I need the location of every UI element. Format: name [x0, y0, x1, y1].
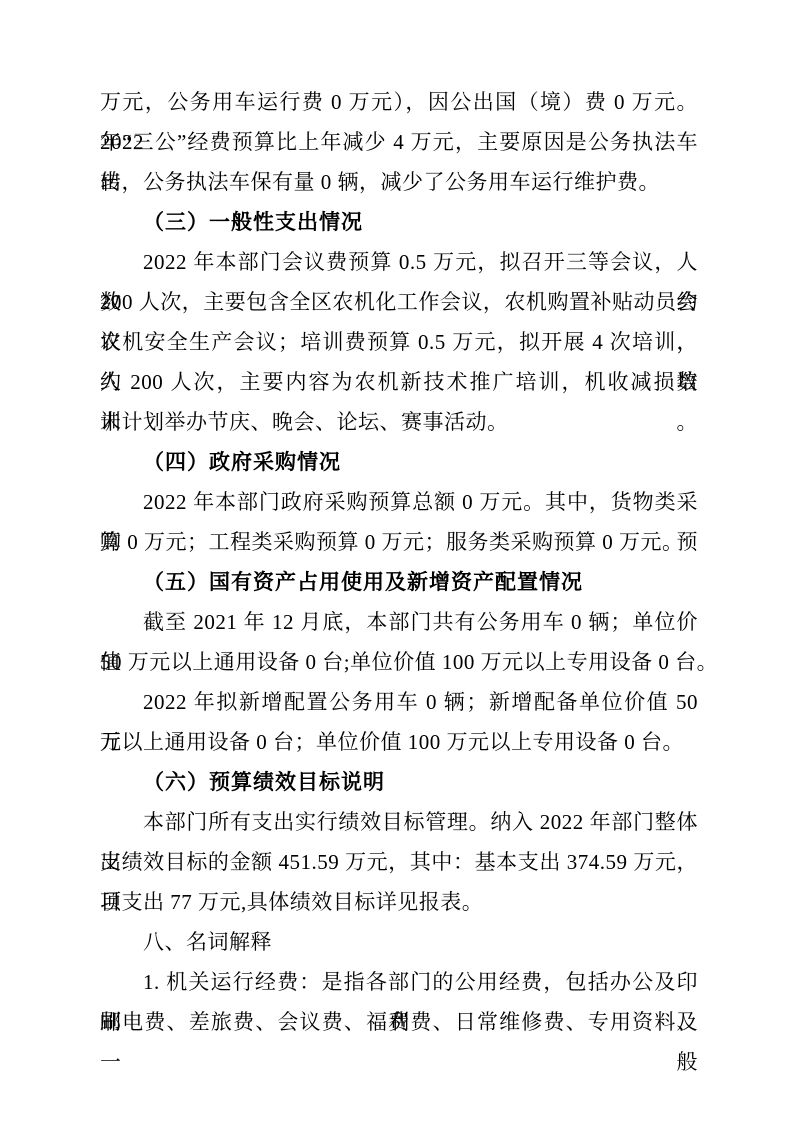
document-page: 万元，公务用车运行费 0 万元），因公出国（境）费 0 万元。2022 年“三公…: [0, 0, 794, 1122]
heading-section-8-glossary: 八、名词解释: [100, 922, 698, 962]
para-sangong-expenses-line3: 出，公务执法车保有量 0 辆，减少了公务用车运行维护费。: [100, 162, 698, 202]
para-sangong-expenses-line1: 万元，公务用车运行费 0 万元），因公出国（境）费 0 万元。2022: [100, 82, 698, 122]
para-budget-performance-line2: 出绩效目标的金额 451.59 万元，其中：基本支出 374.59 万元，项: [100, 842, 698, 882]
para-state-assets-2021-line2: 50 万元以上通用设备 0 台;单位价值 100 万元以上专用设备 0 台。: [100, 642, 698, 682]
document-body: 万元，公务用车运行费 0 万元），因公出国（境）费 0 万元。2022 年“三公…: [100, 82, 698, 1042]
para-general-expenditure-line1: 2022 年本部门会议费预算 0.5 万元，拟召开三等会议，人数约: [100, 242, 698, 282]
heading-section-3-general-expenditure: （三）一般性支出情况: [100, 202, 698, 242]
heading-section-5-state-assets: （五）国有资产占用使用及新增资产配置情况: [100, 562, 698, 602]
para-sangong-expenses-line2: 年“三公”经费预算比上年减少 4 万元，主要原因是公务执法车转: [100, 122, 698, 162]
para-government-procurement-line2: 算 0 万元；工程类采购预算 0 万元；服务类采购预算 0 万元。: [100, 522, 698, 562]
heading-section-4-government-procurement: （四）政府采购情况: [100, 442, 698, 482]
para-state-assets-2022-line1: 2022 年拟新增配置公务用车 0 辆；新增配备单位价值 50 万: [100, 682, 698, 722]
para-general-expenditure-line2: 200 人次，主要包含全区农机化工作会议，农机购置补贴动员会议，: [100, 282, 698, 322]
para-state-assets-2022-line2: 元以上通用设备 0 台；单位价值 100 万元以上专用设备 0 台。: [100, 722, 698, 762]
para-state-assets-2021-line1: 截至 2021 年 12 月底，本部门共有公务用车 0 辆；单位价值: [100, 602, 698, 642]
para-general-expenditure-line4: 约 200 人次，主要内容为农机新技术推广培训，机收减损培训。: [100, 362, 698, 402]
para-government-procurement-line1: 2022 年本部门政府采购预算总额 0 万元。其中，货物类采购预: [100, 482, 698, 522]
para-glossary-item1-line2: 邮电费、差旅费、会议费、福利费、日常维修费、专用资料及一般: [100, 1002, 698, 1042]
para-glossary-item1-line1: 1. 机关运行经费：是指各部门的公用经费，包括办公及印刷费、: [100, 962, 698, 1002]
heading-section-6-budget-performance: （六）预算绩效目标说明: [100, 762, 698, 802]
para-general-expenditure-line3: 农机安全生产会议；培训费预算 0.5 万元，拟开展 4 次培训，人数: [100, 322, 698, 362]
para-budget-performance-line3: 目支出 77 万元,具体绩效目标详见报表。: [100, 882, 698, 922]
para-budget-performance-line1: 本部门所有支出实行绩效目标管理。纳入 2022 年部门整体支: [100, 802, 698, 842]
